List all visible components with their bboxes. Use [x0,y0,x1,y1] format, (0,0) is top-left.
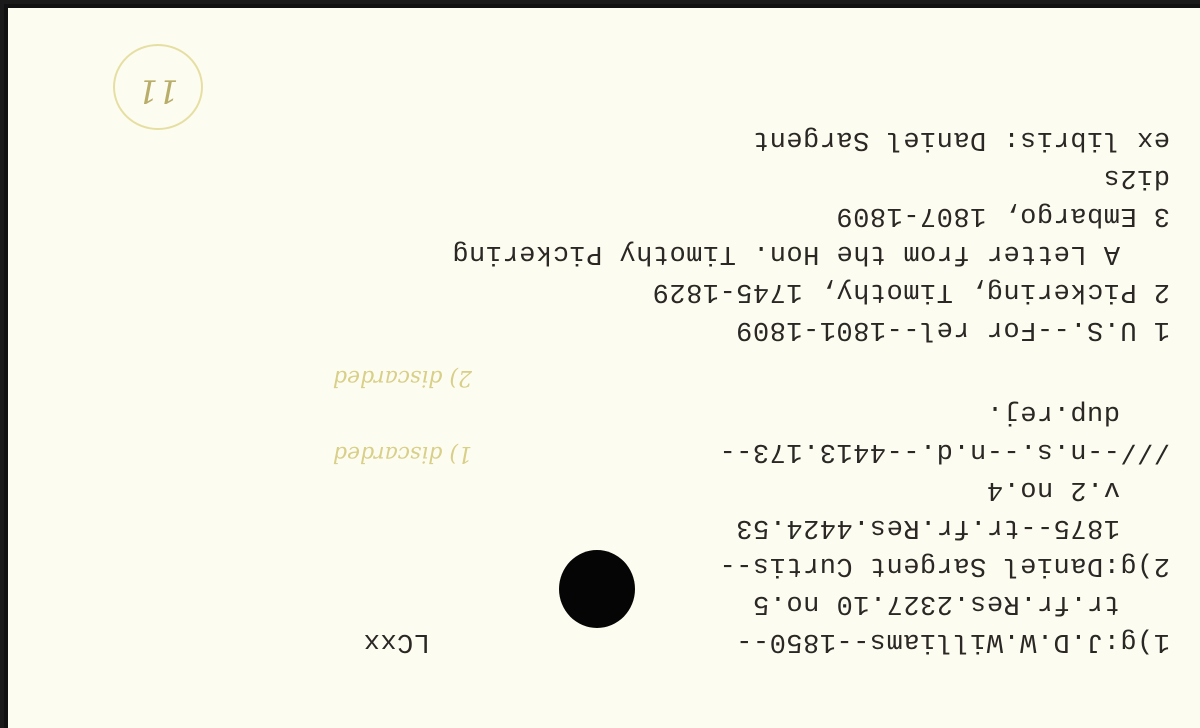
tracing-3: 3 Embargo, 1807-1809 [836,200,1170,230]
entry-line-6: ///--n.s.--n.d.--4413.173-- [719,436,1170,466]
tracing-2-title: A Letter from the Hon. Timothy Pickering [452,238,1120,268]
tracing-1: 1 U.S.--For rel--1801-1809 [736,314,1170,344]
entry-line-4: 1875--tr.fr.Res.4424.53 [736,512,1120,542]
handwritten-note-1: 1) discarded [333,441,472,466]
handwritten-note-2: 2) discarded [333,365,472,390]
punch-hole [559,550,635,628]
circled-number-mark: 11 [113,44,203,130]
entry-line-2: tr.fr.Res.2327.10 no.5 [753,588,1120,618]
provenance-note: ex libris: Daniel Sargent [752,124,1170,154]
tracing-2: 2 Pickering, Timothy, 1745-1829 [652,276,1170,306]
circled-number: 11 [115,72,201,110]
entry-line-5: v.2 no.4 [986,474,1120,504]
entry-line-1: 1)g:J.D.W.Williams--1850-- [736,626,1170,656]
location-code: di2s [1103,162,1170,192]
catalog-card: 1)g:J.D.W.Williams--1850-- LCxx tr.fr.Re… [4,4,1200,728]
entry-line-3: 2)g:Daniel Sargent Curtis-- [719,550,1170,580]
call-number: LCxx [363,626,430,656]
entry-line-7: dup.rej. [986,398,1120,428]
